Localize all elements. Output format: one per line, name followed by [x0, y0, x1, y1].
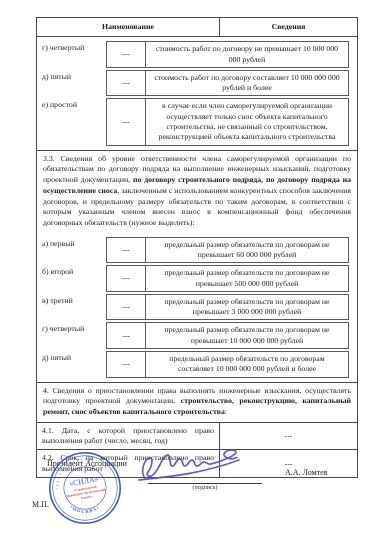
section-4-text-tail: : — [225, 407, 227, 416]
table-header-name: Наименование — [37, 18, 220, 36]
table-row: а) первый --- предельный размер обязател… — [37, 237, 357, 264]
liability-levels-3-3: а) первый --- предельный размер обязател… — [37, 233, 357, 382]
section-3-3-paragraph: 3.3. Сведения об уровне ответственности … — [37, 151, 357, 233]
row-info-cell: в случае если член саморегулируемой орга… — [145, 98, 349, 145]
signature-block: Президент Ассоциации М.П. • 1 1 4 7 7 9 … — [36, 451, 358, 539]
table-row: г) четвертый --- предельный размер обяза… — [37, 322, 357, 349]
handwritten-signature — [136, 445, 246, 485]
row-label: г) четвертый — [37, 41, 106, 68]
row-label: а) первый — [37, 237, 106, 264]
row-dash-cell: --- — [106, 237, 146, 264]
document-page: Наименование Сведения г) четвертый --- с… — [0, 0, 382, 540]
row-info-cell: предельный размер обязательств по догово… — [145, 351, 349, 378]
row-label: д) пятый — [37, 351, 106, 378]
table-row: г) четвертый --- стоимость работ по дого… — [37, 41, 357, 68]
register-extract-table: Наименование Сведения г) четвертый --- с… — [36, 17, 358, 478]
table-row: д) пятый --- предельный размер обязатель… — [37, 351, 357, 378]
table-header-row: Наименование Сведения — [37, 18, 357, 37]
row-info-cell: стоимость работ по договору составляет 1… — [145, 70, 349, 97]
row-label: г) четвертый — [37, 322, 106, 349]
table-row: е) простой --- в случае если член саморе… — [37, 98, 357, 145]
row-info-cell: стоимость работ по договору не превышает… — [145, 41, 349, 68]
row-label: в) третий — [37, 294, 106, 321]
signer-name: А.А. Ломтев — [285, 468, 328, 477]
seal-place-label: М.П. — [32, 500, 49, 509]
section-4-paragraph: 4. Сведения о приостановлении права выпо… — [37, 383, 357, 422]
row-dash-cell: --- — [106, 294, 146, 321]
row-dash-cell: --- — [106, 70, 146, 97]
row-label: д) пятый — [37, 70, 106, 97]
row-dash-cell: --- — [106, 265, 146, 292]
row-info-cell: предельный размер обязательств по догово… — [145, 265, 349, 292]
row-info-cell: предельный размер обязательств по догово… — [145, 322, 349, 349]
signature-caption: (подпись) — [148, 485, 262, 491]
table-row: д) пятый --- стоимость работ по договору… — [37, 70, 357, 97]
row-dash-cell: --- — [106, 98, 146, 145]
stamp-ring-city: • М О С К В А • — [69, 500, 101, 517]
table-row: в) третий --- предельный размер обязател… — [37, 294, 357, 321]
row-dash-cell: --- — [106, 41, 146, 68]
round-stamp: • 1 1 4 7 7 9 7 9 1 0 5 7 8 • • М О С К … — [42, 443, 128, 533]
row-label: е) простой — [37, 98, 106, 145]
row-dash-cell: --- — [106, 351, 146, 378]
row-info-cell: предельный размер обязательств по догово… — [145, 294, 349, 321]
table-row: б) второй --- предельный размер обязател… — [37, 265, 357, 292]
liability-levels-top: г) четвертый --- стоимость работ по дого… — [37, 37, 357, 149]
row-dash-cell: --- — [106, 322, 146, 349]
table-header-info: Сведения — [220, 18, 357, 36]
row-label: б) второй — [37, 265, 106, 292]
row-info-cell: предельный размер обязательств по догово… — [145, 237, 349, 264]
